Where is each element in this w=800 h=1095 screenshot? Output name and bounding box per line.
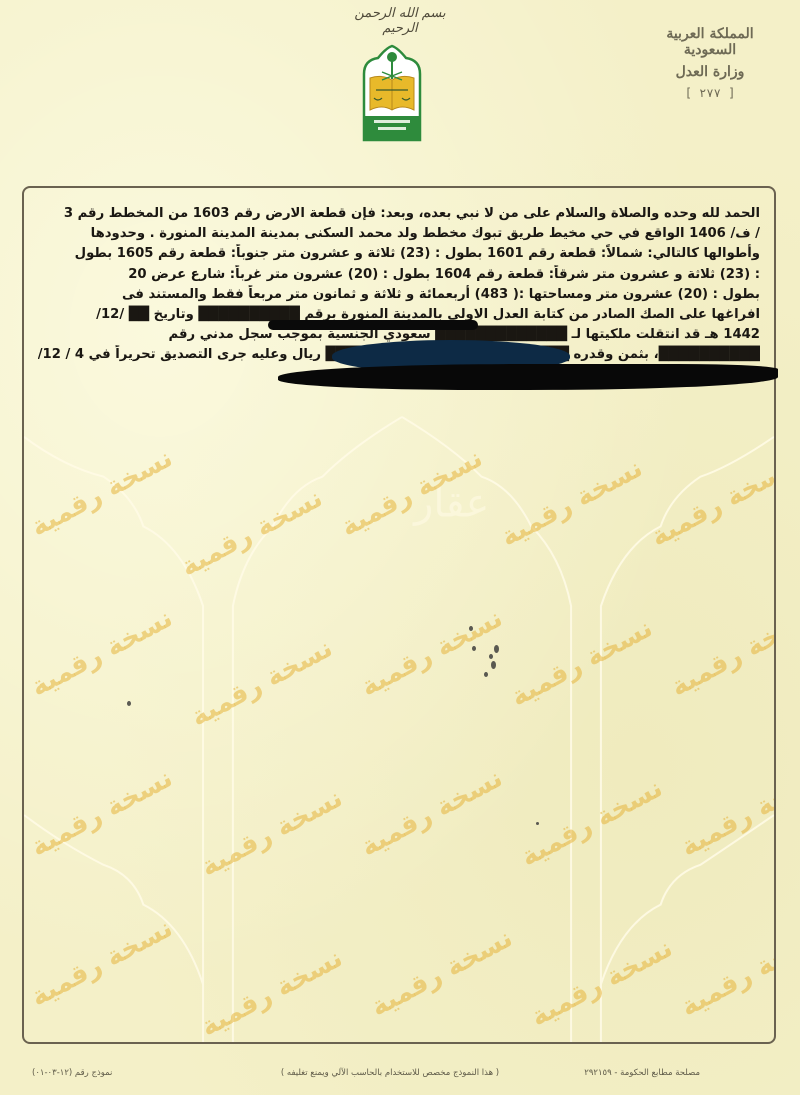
deed-line: : (23) ثلاثة و عشرون متر شرقاً: قطعة رقم… — [38, 265, 760, 285]
usage-notice: ( هذا النموذج مخصص للاستخدام بالحاسب الآ… — [240, 1068, 540, 1078]
form-code: [ ٢٧٧ ] — [650, 86, 770, 100]
deed-line: / ف/ 1406 الواقع في حي مخيط طريق تبوك مخ… — [38, 224, 760, 244]
speck — [494, 645, 499, 653]
ministry-emblem-icon — [360, 44, 424, 142]
form-footer: مصلحة مطابع الحكومة - ٢٩٢١٥٩ ( هذا النمو… — [0, 1068, 800, 1088]
ministry-name: وزارة العدل — [650, 64, 770, 80]
form-number: نموذج رقم (١٢-٠٣-٠١) — [32, 1068, 112, 1078]
document-frame: عقار نسخة رقمية نسخة رقمية نسخة رقمية نس… — [22, 186, 776, 1044]
deed-line: بطول : (20) عشرون متر ومساحتها :( 483) أ… — [38, 285, 760, 305]
redaction-mark — [278, 364, 778, 390]
basmala: بسم الله الرحمن الرحيم — [340, 6, 460, 36]
speck — [484, 672, 488, 677]
kingdom-name: المملكة العربية السعودية — [650, 26, 770, 58]
speck — [489, 654, 493, 659]
speck — [536, 822, 539, 825]
speck — [469, 626, 473, 631]
speck — [472, 646, 476, 651]
speck — [491, 661, 496, 669]
printer-info: مصلحة مطابع الحكومة - ٢٩٢١٥٩ — [584, 1068, 700, 1078]
letterhead: المملكة العربية السعودية وزارة العدل [ ٢… — [650, 26, 770, 100]
speck — [127, 701, 131, 706]
deed-line: الحمد لله وحده والصلاة والسلام على من لا… — [38, 204, 760, 224]
redaction-mark — [268, 320, 478, 330]
deed-line: وأطوالها كالتالي: شمالاً: قطعة رقم 1601 … — [38, 244, 760, 264]
